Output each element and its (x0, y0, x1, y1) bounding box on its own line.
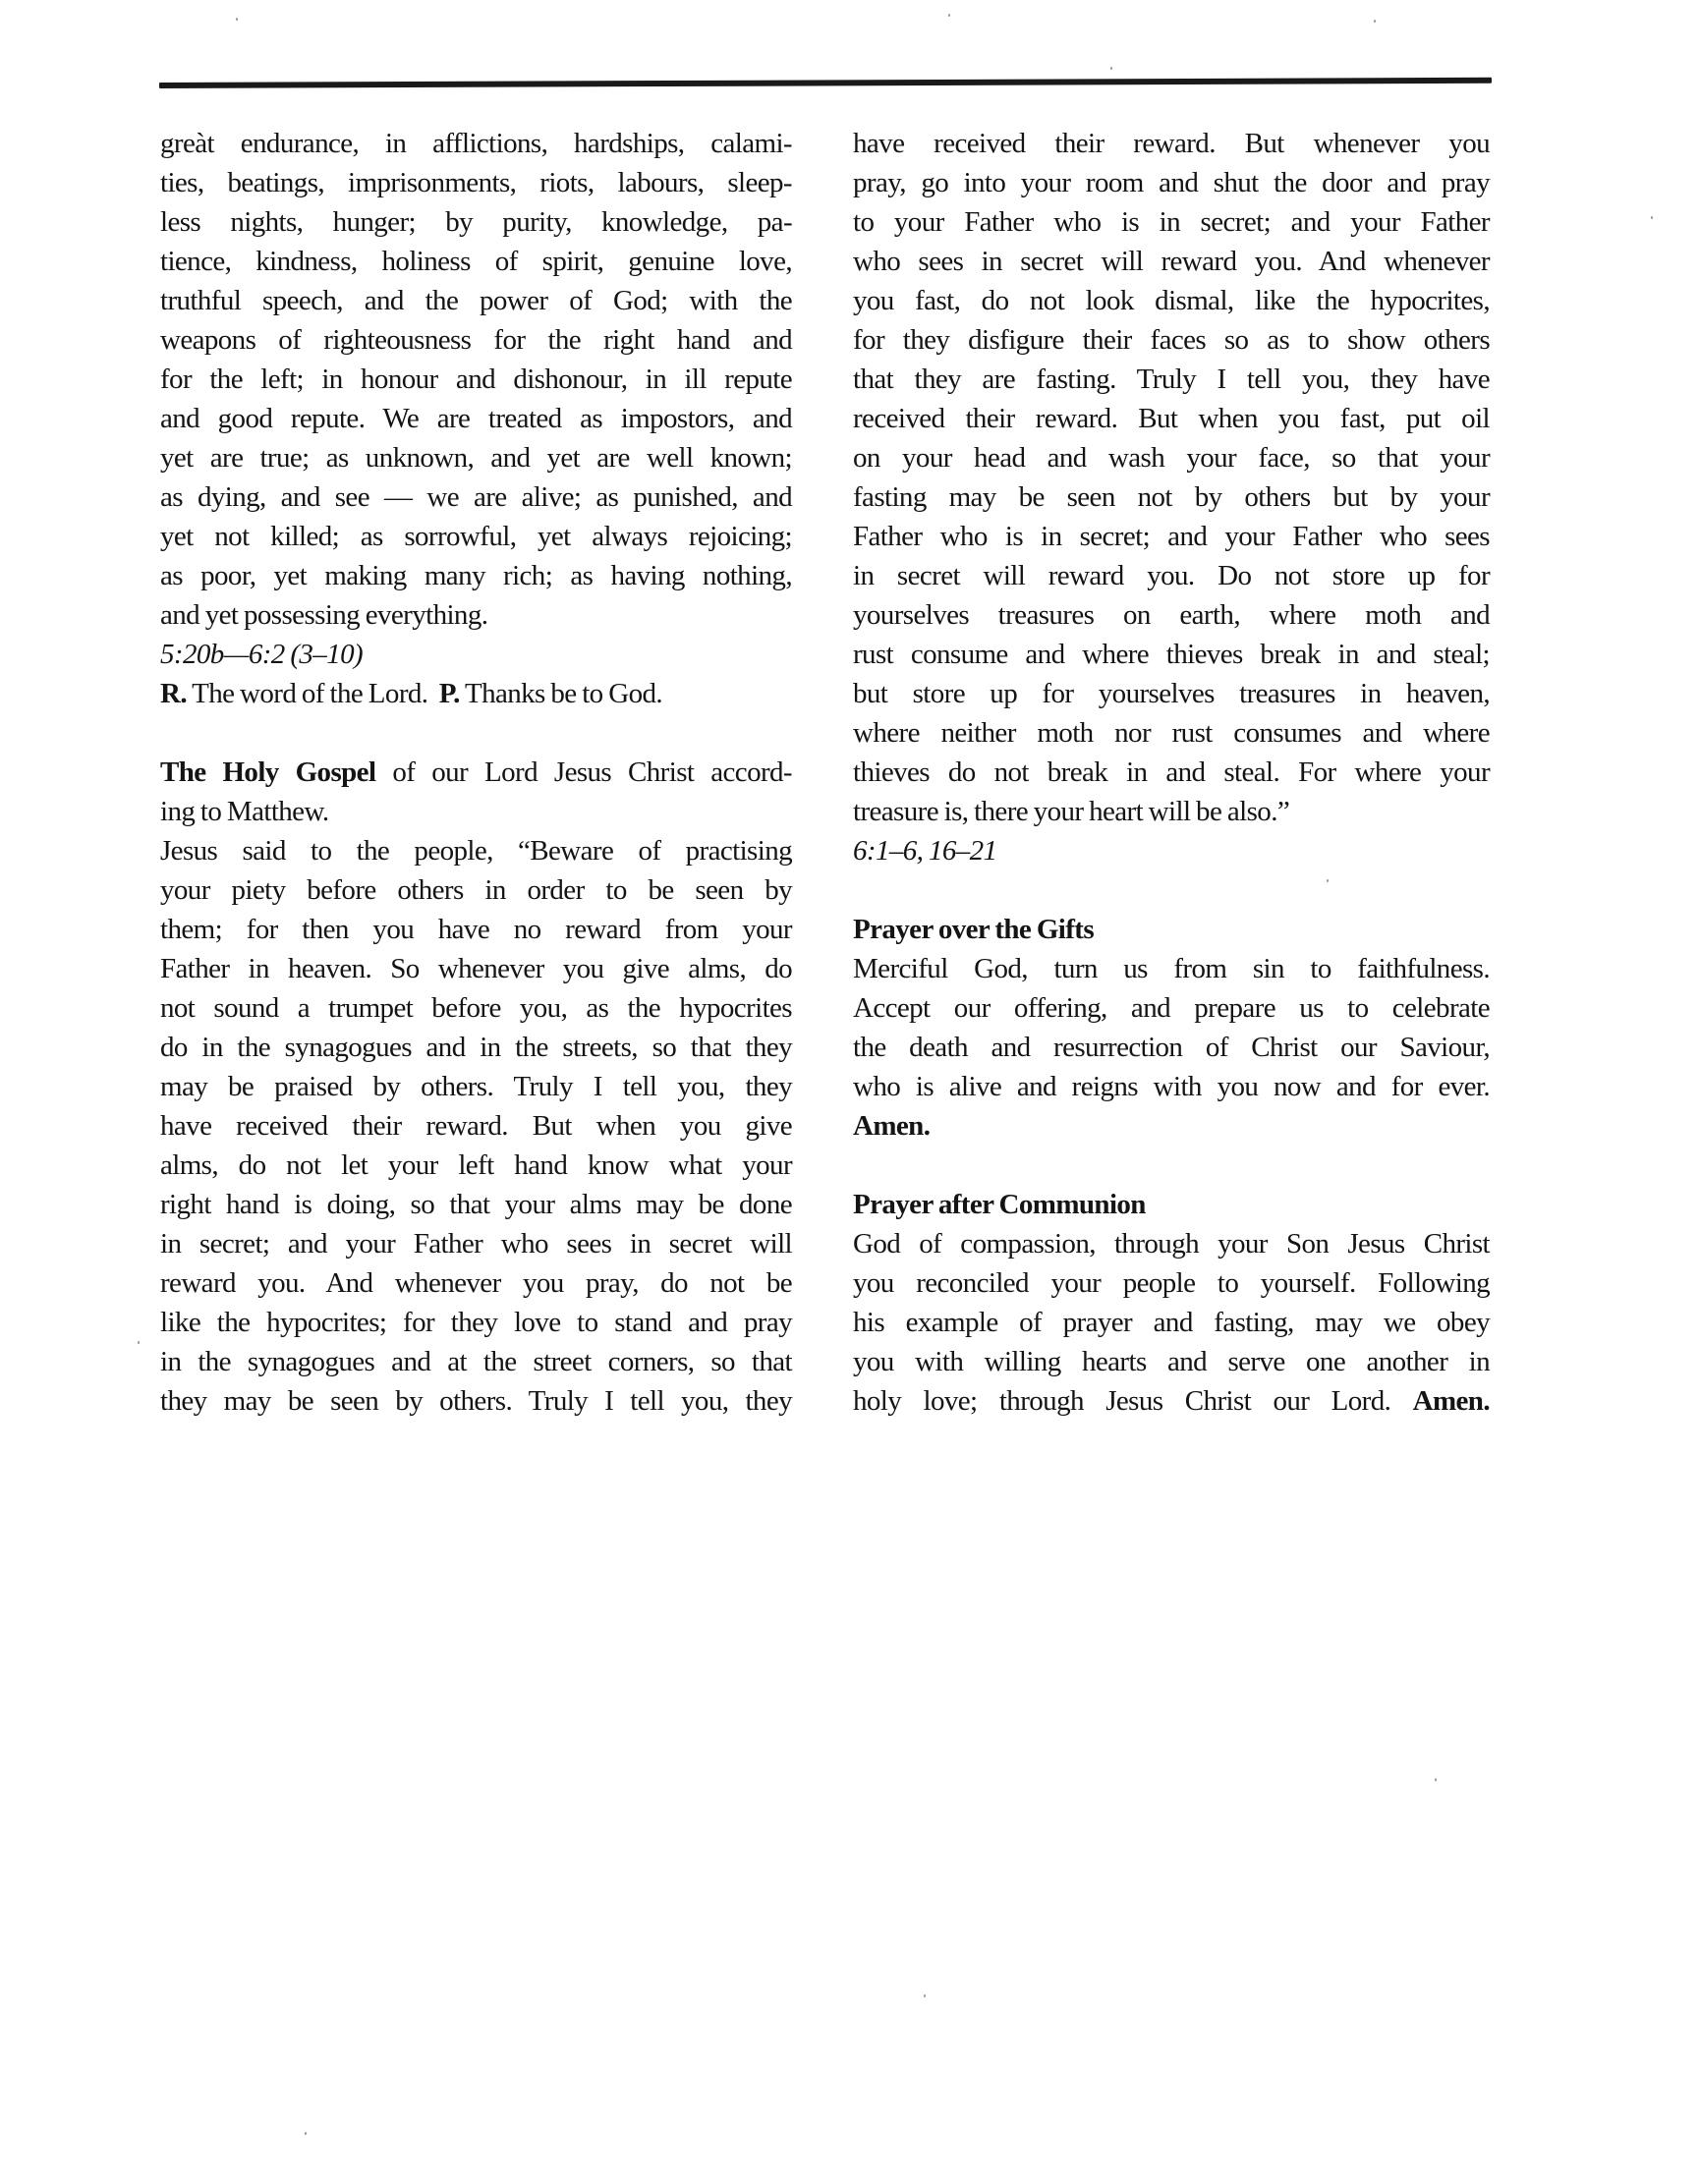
text-line: you fast, do not look dismal, like the h… (853, 281, 1490, 320)
text-line: for they disfigure their faces so as to … (853, 320, 1490, 360)
prayer-after-communion: Prayer after Communion God of compassion… (853, 1185, 1490, 1421)
text-line: have received their reward. But when you… (160, 1106, 792, 1146)
scan-speck (924, 1994, 926, 1997)
scan-speck (236, 18, 238, 21)
final-line-text: holy love; through Jesus Christ our Lord… (853, 1385, 1413, 1417)
text-line: and good repute. We are treated as impos… (160, 399, 792, 438)
text-line: they may be seen by others. Truly I tell… (160, 1381, 792, 1421)
people-text: Thanks be to God. (460, 678, 662, 709)
text-line: treasure is, there your heart will be al… (853, 792, 1490, 831)
text-line: on your head and wash your face, so that… (853, 438, 1490, 477)
text-line: that they are fasting. Truly I tell you,… (853, 360, 1490, 399)
prayer-after-communion-heading: Prayer after Communion (853, 1185, 1490, 1224)
spacer (160, 713, 792, 753)
text-line: in secret; and your Father who sees in s… (160, 1224, 792, 1263)
text-line: less nights, hunger; by purity, knowledg… (160, 202, 792, 242)
text-line: as dying, and see — we are alive; as pun… (160, 477, 792, 517)
text-line: not sound a trumpet before you, as the h… (160, 988, 792, 1028)
text-line: may be praised by others. Truly I tell y… (160, 1067, 792, 1106)
prayer-over-gifts: Prayer over the Gifts Merciful God, turn… (853, 910, 1490, 1146)
scan-speck (1651, 216, 1653, 219)
text-line: as poor, yet making many rich; as having… (160, 556, 792, 595)
text-line: where neither moth nor rust consumes and… (853, 713, 1490, 753)
text-line: pray, go into your room and shut the doo… (853, 163, 1490, 202)
text-line: God of compassion, through your Son Jesu… (853, 1224, 1490, 1263)
epistle-reading-text: greàt endurance, in afflictions, hardshi… (160, 124, 792, 635)
text-line: who sees in secret will reward you. And … (853, 242, 1490, 281)
scan-speck (1327, 879, 1329, 882)
text-line: Accept our offering, and prepare us to c… (853, 988, 1490, 1028)
epistle-reference: 5:20b—6:2 (3–10) (160, 635, 792, 674)
text-line: the death and resurrection of Christ our… (853, 1028, 1490, 1067)
text-line: to your Father who is in secret; and you… (853, 202, 1490, 242)
text-line: yet are true; as unknown, and yet are we… (160, 438, 792, 477)
text-line: ties, beatings, imprisonments, riots, la… (160, 163, 792, 202)
text-line: your piety before others in order to be … (160, 870, 792, 910)
amen-response: Amen. (1413, 1385, 1490, 1417)
text-line: thieves do not break in and steal. For w… (853, 753, 1490, 792)
text-line: fasting may be seen not by others but by… (853, 477, 1490, 517)
amen-response: Amen. (853, 1106, 1490, 1146)
text-line: Jesus said to the people, “Beware of pra… (160, 831, 792, 870)
gospel-reading-continued: have received their reward. But whenever… (853, 124, 1490, 831)
text-line: greàt endurance, in afflictions, hardshi… (160, 124, 792, 163)
gospel-heading-rest: of our Lord Jesus Christ accord- (375, 756, 792, 788)
top-horizontal-rule (159, 78, 1492, 88)
prayer-over-gifts-heading: Prayer over the Gifts (853, 910, 1490, 949)
right-column: have received their reward. But whenever… (853, 124, 1490, 1421)
gospel-heading-line: ing to Matthew. (160, 792, 792, 831)
reader-text: The word of the Lord. (187, 678, 439, 709)
text-line: rust consume and where thieves break in … (853, 635, 1490, 674)
scan-speck (1435, 1778, 1437, 1781)
text-line-final: holy love; through Jesus Christ our Lord… (853, 1381, 1490, 1421)
text-line: reward you. And whenever you pray, do no… (160, 1263, 792, 1303)
text-line: in secret will reward you. Do not store … (853, 556, 1490, 595)
text-line: you reconciled your people to yourself. … (853, 1263, 1490, 1303)
text-line: alms, do not let your left hand know wha… (160, 1146, 792, 1185)
scan-speck (1374, 20, 1376, 23)
text-line: do in the synagogues and in the streets,… (160, 1028, 792, 1067)
text-line: received their reward. But when you fast… (853, 399, 1490, 438)
gospel-reading-text: Jesus said to the people, “Beware of pra… (160, 831, 792, 1421)
text-line: Father in heaven. So whenever you give a… (160, 949, 792, 988)
text-line: like the hypocrites; for they love to st… (160, 1303, 792, 1342)
gospel-heading-bold: The Holy Gospel (160, 756, 375, 788)
text-line: his example of prayer and fasting, may w… (853, 1303, 1490, 1342)
text-line: Father who is in secret; and your Father… (853, 517, 1490, 556)
text-line: who is alive and reigns with you now and… (853, 1067, 1490, 1106)
spacer (853, 1146, 1490, 1185)
text-line: them; for then you have no reward from y… (160, 910, 792, 949)
scan-speck (138, 1341, 140, 1344)
text-line: tience, kindness, holiness of spirit, ge… (160, 242, 792, 281)
scan-speck (948, 14, 950, 17)
text-line: in the synagogues and at the street corn… (160, 1342, 792, 1381)
scan-speck (305, 2132, 307, 2135)
text-line: yet not killed; as sorrowful, yet always… (160, 517, 792, 556)
text-line: have received their reward. But whenever… (853, 124, 1490, 163)
gospel-reference: 6:1–6, 16–21 (853, 831, 1490, 870)
gospel-heading-line: The Holy Gospel of our Lord Jesus Christ… (160, 753, 792, 792)
text-line: weapons of righteousness for the right h… (160, 320, 792, 360)
text-line: right hand is doing, so that your alms m… (160, 1185, 792, 1224)
text-line: Merciful God, turn us from sin to faithf… (853, 949, 1490, 988)
left-column: greàt endurance, in afflictions, hardshi… (160, 124, 792, 1421)
text-line: and yet possessing everything. (160, 595, 792, 635)
scan-speck (1110, 67, 1112, 70)
text-line: you with willing hearts and serve one an… (853, 1342, 1490, 1381)
reader-label: R. (160, 678, 187, 709)
text-line: truthful speech, and the power of God; w… (160, 281, 792, 320)
response-line: R. The word of the Lord. P. Thanks be to… (160, 674, 792, 713)
gospel-heading: The Holy Gospel of our Lord Jesus Christ… (160, 753, 792, 831)
people-label: P. (439, 678, 460, 709)
text-line: yourselves treasures on earth, where mot… (853, 595, 1490, 635)
text-line: for the left; in honour and dishonour, i… (160, 360, 792, 399)
text-line: but store up for yourselves treasures in… (853, 674, 1490, 713)
spacer (853, 870, 1490, 910)
